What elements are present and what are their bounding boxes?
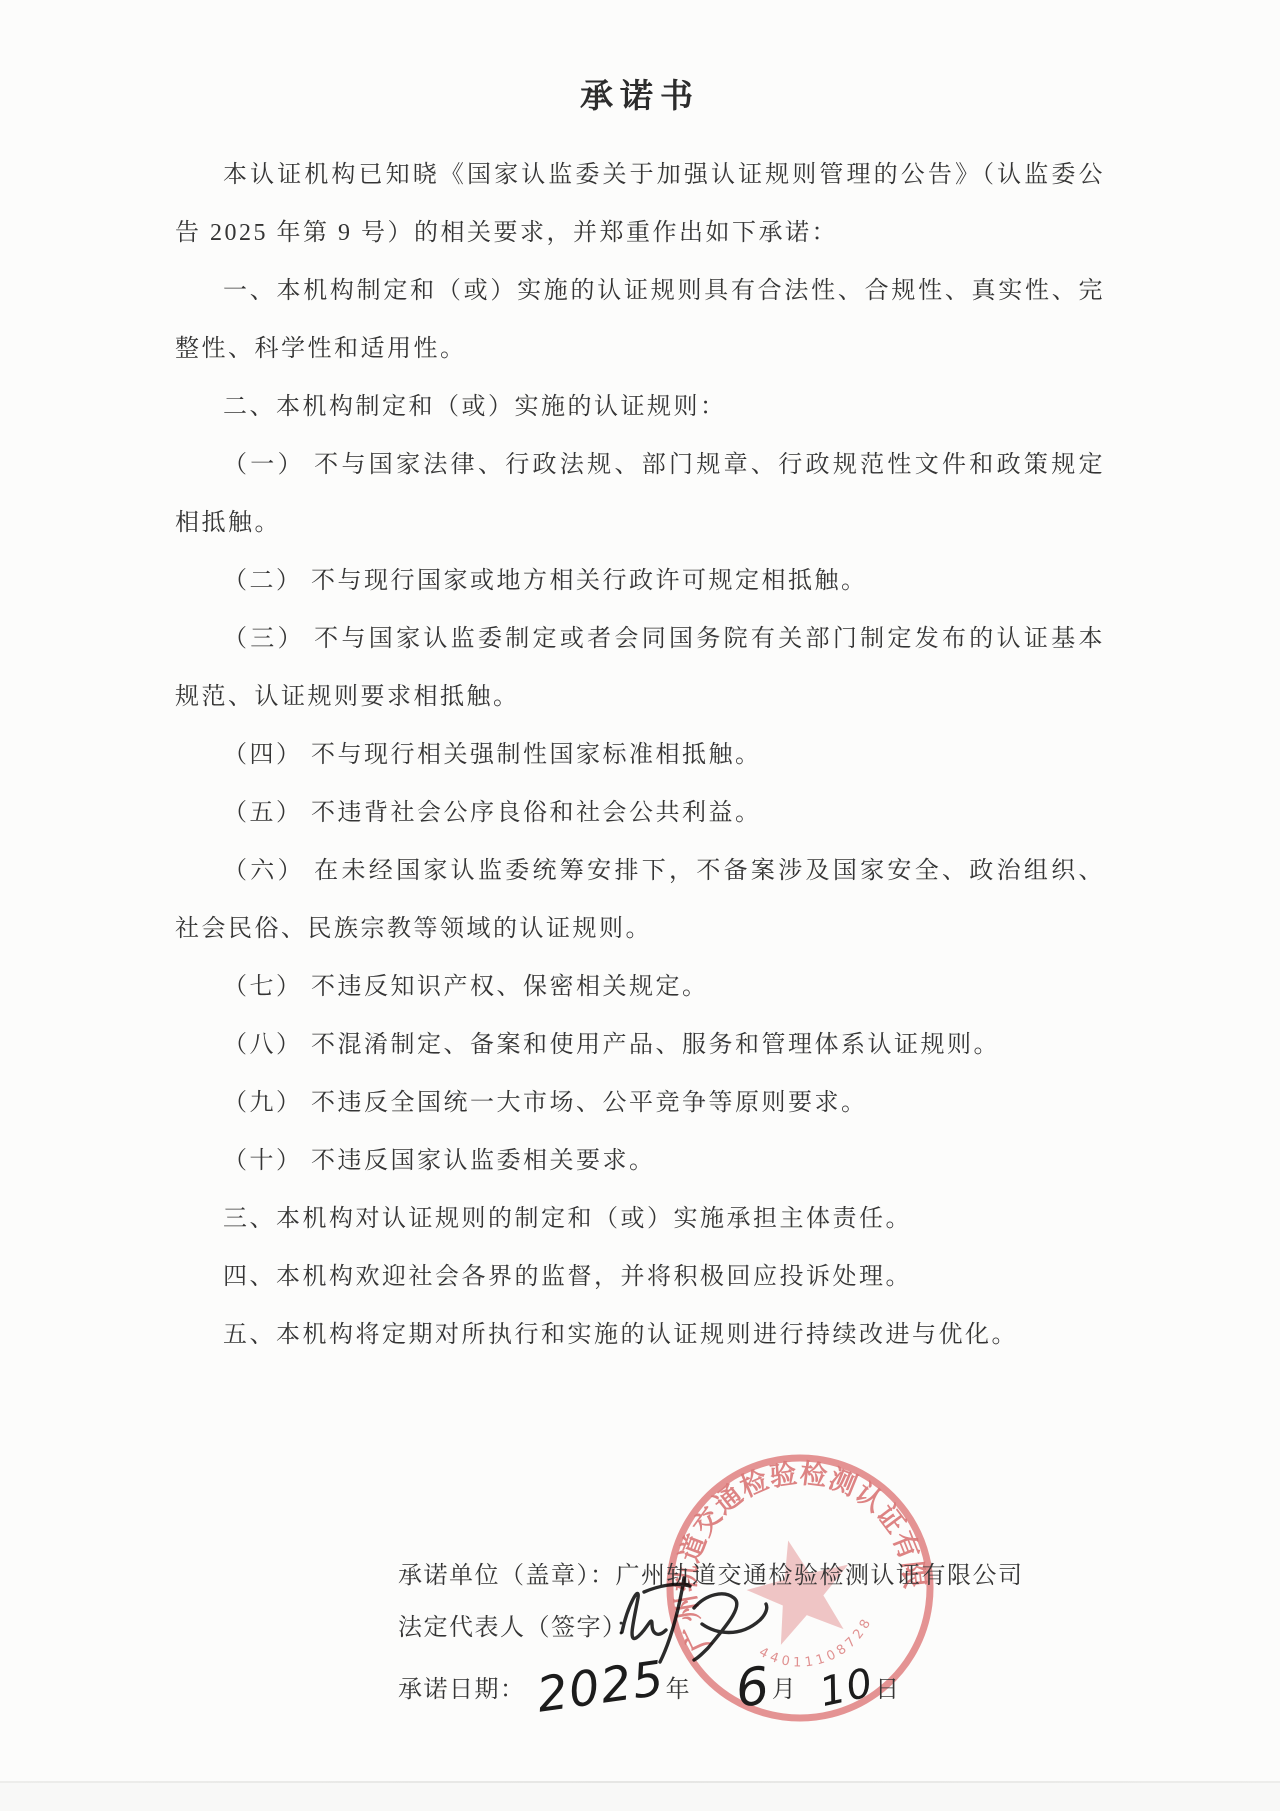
handwritten-month: 6 [733,1660,773,1715]
commitment-paragraph: （二） 不与现行国家或地方相关行政许可规定相抵触。 [175,552,1105,610]
commitment-paragraph: （八） 不混淆制定、备案和使用产品、服务和管理体系认证规则。 [175,1016,1105,1074]
commitment-paragraph: （四） 不与现行相关强制性国家标准相抵触。 [175,726,1105,784]
legal-rep-signature [598,1568,778,1668]
commitment-paragraph: 二、本机构制定和（或）实施的认证规则： [175,378,1105,436]
month-suffix: 月 [772,1664,798,1716]
page-title: 承诺书 [0,70,1280,117]
commitment-paragraph: （一） 不与国家法律、行政法规、部门规章、行政规范性文件和政策规定相抵触。 [175,436,1105,552]
scan-page-edge [0,1783,1280,1811]
commitment-paragraph: 五、本机构将定期对所执行和实施的认证规则进行持续改进与优化。 [175,1306,1105,1364]
commitment-paragraph: （三） 不与国家认监委制定或者会同国务院有关部门制定发布的认证基本规范、认证规则… [175,610,1105,726]
commitment-paragraph: 四、本机构欢迎社会各界的监督，并将积极回应投诉处理。 [175,1248,1105,1306]
scanned-commitment-letter-page: 承诺书 本认证机构已知晓《国家认监委关于加强认证规则管理的公告》（认监委公告 2… [0,0,1280,1811]
commitment-paragraph: （五） 不违背社会公序良俗和社会公共利益。 [175,784,1105,842]
unit-label: 承诺单位（盖章）： [398,1563,616,1589]
intro-paragraph: 本认证机构已知晓《国家认监委关于加强认证规则管理的公告》（认监委公告 2025 … [175,146,1105,262]
year-suffix: 年 [666,1664,692,1716]
handwritten-day: 10 [817,1663,878,1713]
commitment-paragraph: 三、本机构对认证规则的制定和（或）实施承担主体责任。 [175,1190,1105,1248]
date-label: 承诺日期： [398,1664,526,1716]
commitment-paragraph: 一、本机构制定和（或）实施的认证规则具有合法性、合规性、真实性、完整性、科学性和… [175,262,1105,378]
day-suffix: 日 [875,1664,901,1716]
commitment-paragraph: （九） 不违反全国统一大市场、公平竞争等原则要求。 [175,1074,1105,1132]
document-body: 本认证机构已知晓《国家认监委关于加强认证规则管理的公告》（认监委公告 2025 … [175,146,1105,1364]
commitment-paragraph: （十） 不违反国家认监委相关要求。 [175,1132,1105,1190]
commitment-paragraph: （七） 不违反知识产权、保密相关规定。 [175,958,1105,1016]
commitment-paragraph: （六） 在未经国家认监委统筹安排下，不备案涉及国家安全、政治组织、社会民俗、民族… [175,842,1105,958]
